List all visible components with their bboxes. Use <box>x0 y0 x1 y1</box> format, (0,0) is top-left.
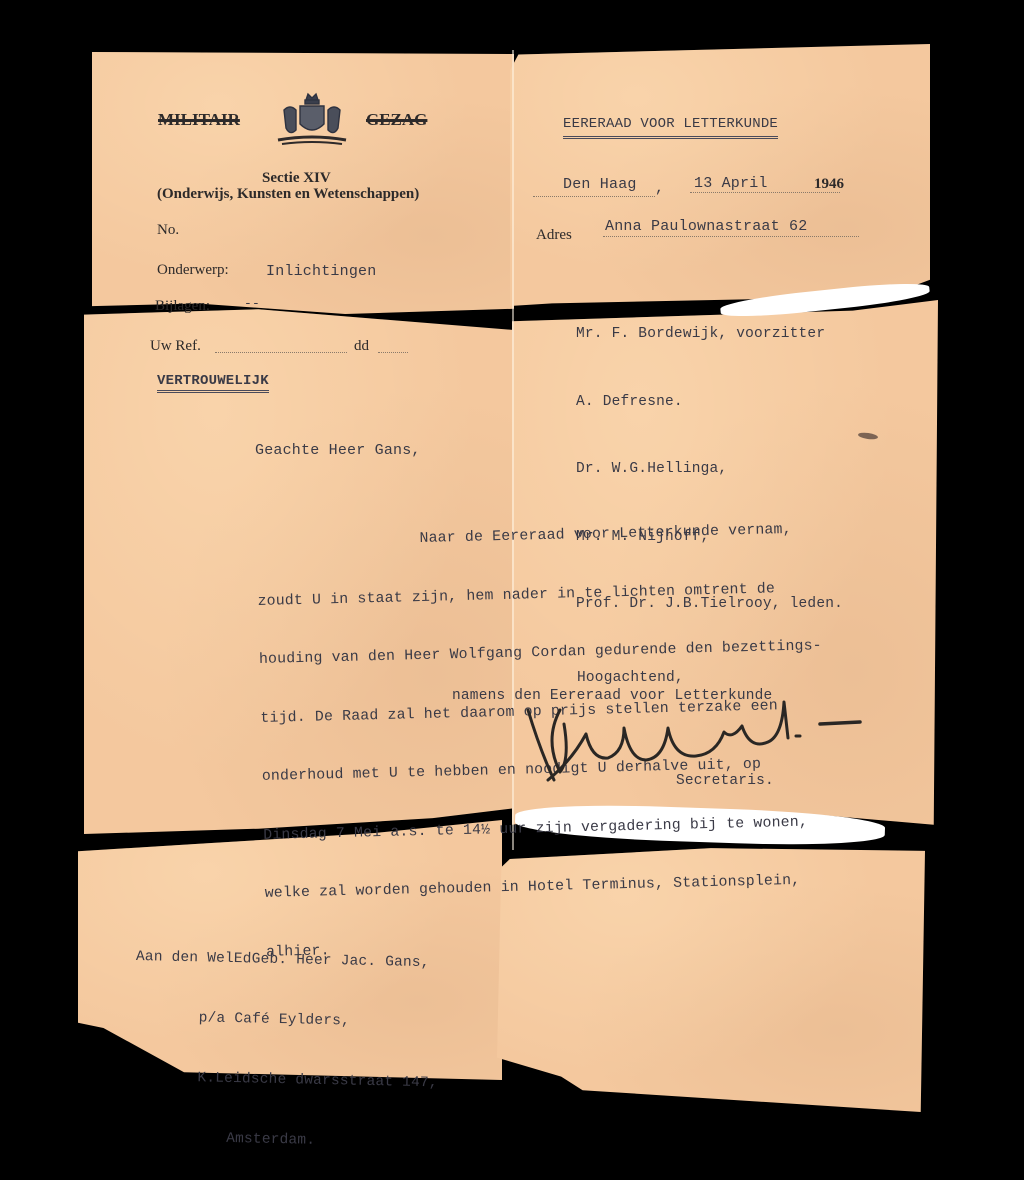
body-line: welke zal worden gehouden in Hotel Termi… <box>265 871 828 904</box>
struck-word-gezag: GEZAG <box>366 110 427 130</box>
subject-label: Onderwerp: <box>157 262 229 279</box>
ref-label: Uw Ref. <box>150 338 201 355</box>
member-item: A. Defresne. <box>576 391 843 414</box>
recipient-address: Aan den WelEdGeb. Heer Jac. Gans, p/a Ca… <box>132 907 442 1173</box>
city-comma: , <box>655 180 664 197</box>
member-item: Mr. F. Bordewijk, voorzitter <box>576 323 843 346</box>
body-line: houding van den Heer Wolfgang Cordan ged… <box>259 637 822 670</box>
body-line: Dinsdag 7 Mei a.s. te 14½ uur zijn verga… <box>263 813 826 846</box>
recipient-line: p/a Café Eylders, <box>134 1007 439 1033</box>
attachments-value: -- <box>244 296 260 311</box>
struck-word-militair: MILITAIR <box>158 110 240 130</box>
signatory-title: Secretaris. <box>676 773 774 789</box>
body-line: Naar de Eereraad voor Letterkunde vernam… <box>256 520 819 553</box>
no-label: No. <box>157 222 179 239</box>
dd-dotted-line <box>378 352 408 353</box>
salutation: Geachte Heer Gans, <box>255 442 421 459</box>
section-subtitle: (Onderwijs, Kunsten en Wetenschappen) <box>157 186 419 203</box>
recipient-line: Amsterdam. <box>132 1127 437 1153</box>
attachments-label: Bijlagen: <box>155 298 210 315</box>
organization-name: EERERAAD VOOR LETTERKUNDE <box>563 116 778 139</box>
city-dotted-line <box>533 196 655 197</box>
year: 1946 <box>814 176 844 193</box>
member-item: Dr. W.G.Hellinga, <box>576 458 843 481</box>
coat-of-arms-icon <box>272 90 352 152</box>
ref-dotted-line <box>215 352 347 353</box>
city: Den Haag <box>563 176 637 193</box>
recipient-line: K.Leidsche dwarsstraat 147, <box>133 1067 438 1093</box>
body-line: zoudt U in staat zijn, hem nader in te l… <box>257 579 820 612</box>
recipient-line: Aan den WelEdGeb. Heer Jac. Gans, <box>136 947 441 973</box>
address-dotted-line <box>603 236 859 237</box>
date: 13 April <box>694 175 768 192</box>
dd-label: dd <box>354 338 369 355</box>
section-title: Sectie XIV <box>262 170 331 187</box>
address-label: Adres <box>536 227 572 244</box>
address-value: Anna Paulownastraat 62 <box>605 218 807 235</box>
subject-value: Inlichtingen <box>266 263 376 280</box>
confidential-label: VERTROUWELIJK <box>157 373 269 393</box>
